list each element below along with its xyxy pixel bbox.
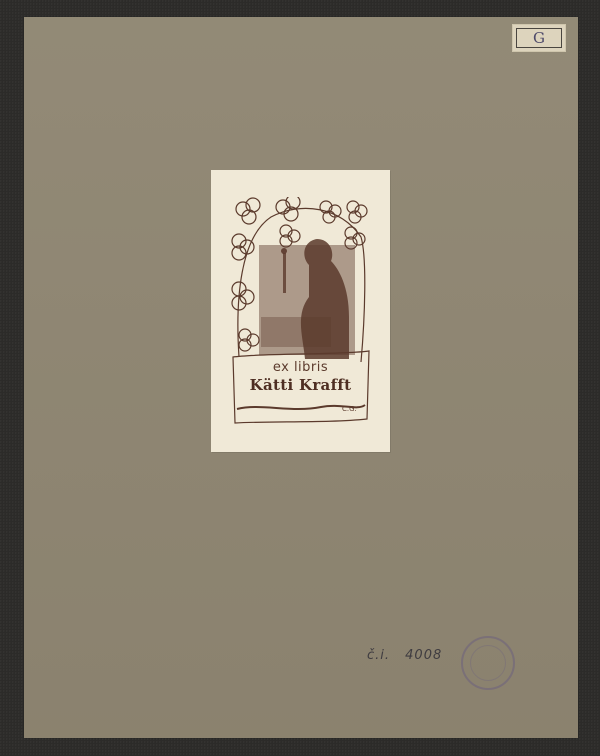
corner-label: G xyxy=(512,24,566,52)
corner-label-frame: G xyxy=(516,28,562,48)
mount-board: G xyxy=(24,17,578,738)
collection-stamp-icon xyxy=(461,636,515,690)
owner-name: Kätti Krafft xyxy=(211,376,390,394)
corner-label-letter: G xyxy=(533,31,545,46)
artist-monogram: C.G. xyxy=(342,405,357,413)
ex-libris-heading: ex libris xyxy=(211,360,390,375)
stamp-inner-ring xyxy=(470,645,506,681)
bookplate-card: ex libris Kätti Krafft C.G. xyxy=(211,170,390,452)
inventory-number: č.i. 4008 xyxy=(367,648,442,663)
